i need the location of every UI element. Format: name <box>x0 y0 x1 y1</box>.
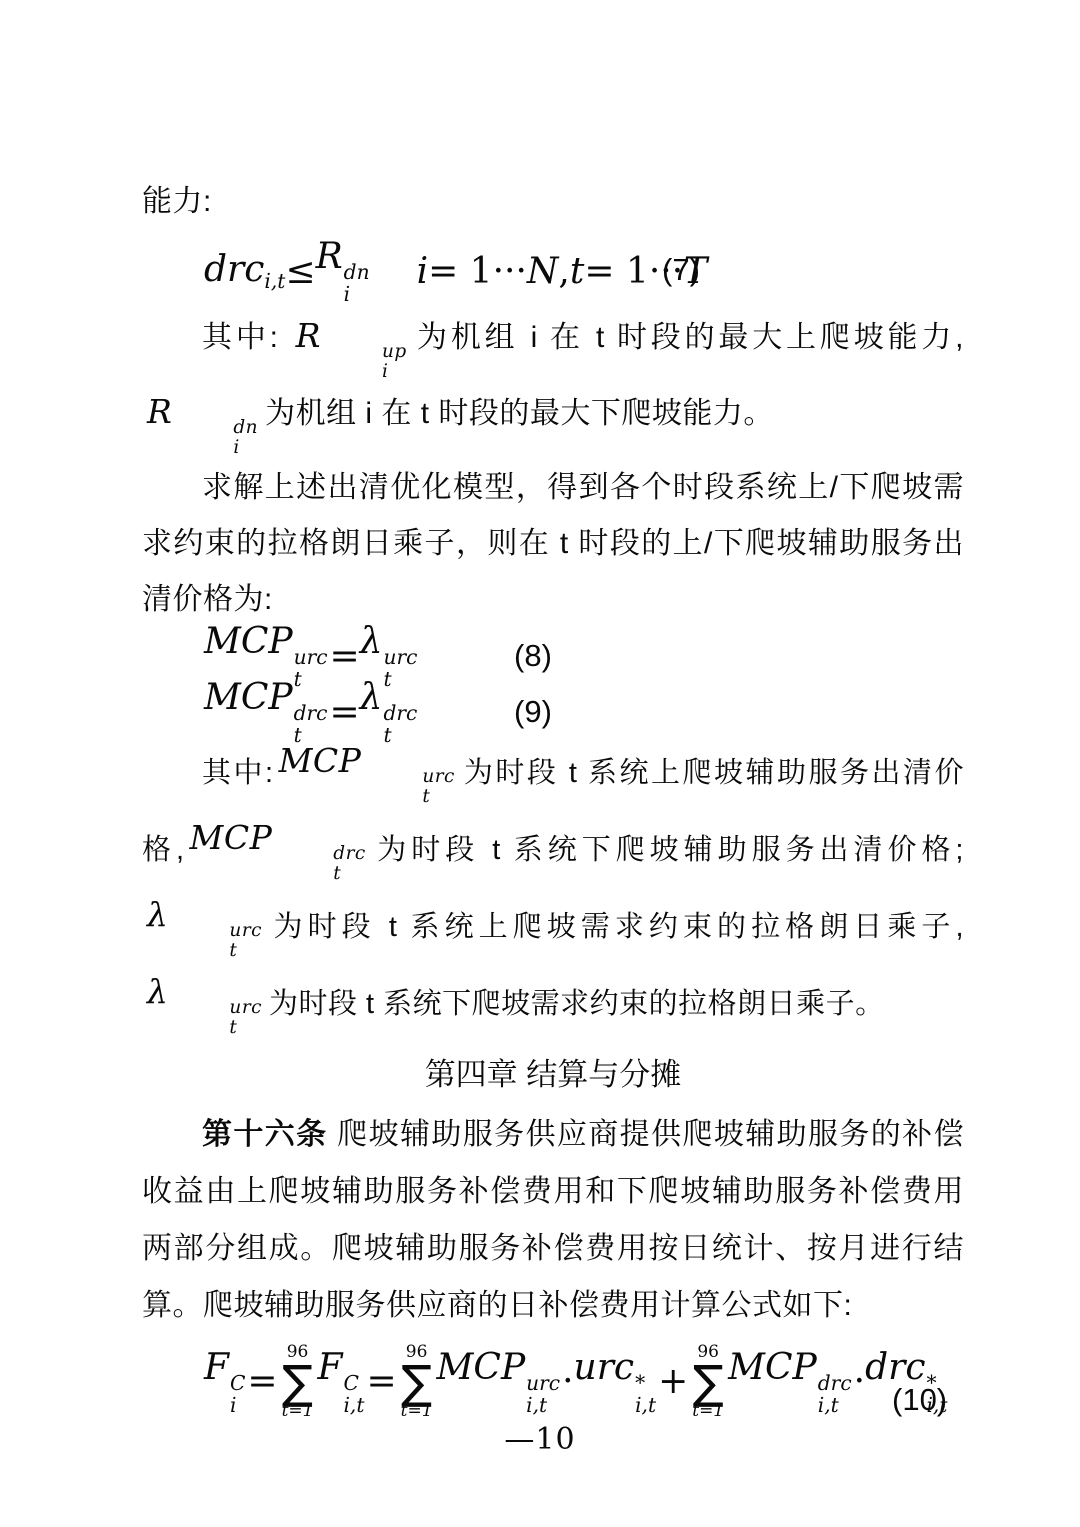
page-number: —10 <box>0 1422 1080 1457</box>
equation-10: FCi = 96∑t=1FCi,t = 96∑t=1MCPurci,t · ur… <box>142 1334 964 1429</box>
equation-8-number: (8) <box>514 638 552 674</box>
equation-10-expression: FCi = 96∑t=1FCi,t = 96∑t=1MCPurci,t · ur… <box>204 1344 949 1420</box>
equation-9-expression: MCPdrct = λdrct <box>204 677 419 747</box>
equation-8: MCPurct = λurct (8) <box>142 628 964 684</box>
document-page: 能力: drci,t ≤ Rdni i = 1···N, t = 1···T (… <box>0 0 1080 1527</box>
equation-9: MCPdrct = λdrct (9) <box>142 684 964 740</box>
equation-7-number: (7) <box>662 252 700 288</box>
equation-9-number: (9) <box>514 694 552 730</box>
paragraph-article-16: 第十六条 爬坡辅助服务供应商提供爬坡辅助服务的补偿收益由上爬坡辅助服务补偿费用和… <box>142 1106 964 1334</box>
paragraph-clearing-price-definitions: 其中:MCPurct为时段 t 系统上爬坡辅助服务出清价格,MCPdrct为时段… <box>142 740 964 1048</box>
equation-7: drci,t ≤ Rdni i = 1···N, t = 1···T (7) <box>142 242 964 300</box>
paragraph-ramp-limit-definitions: 其中: Rupi为机组 i 在 t 时段的最大上爬坡能力, Rdni为机组 i … <box>142 306 964 458</box>
paragraph-solve-clearing-model: 求解上述出清优化模型，得到各个时段系统上/下爬坡需求约束的拉格朗日乘子，则在 t… <box>142 460 964 628</box>
equation-7-expression: drci,t ≤ Rdni <box>204 236 372 306</box>
document-content: 能力: drci,t ≤ Rdni i = 1···N, t = 1···T (… <box>142 180 964 1429</box>
chapter-heading: 第四章 结算与分摊 <box>142 1052 964 1098</box>
paragraph-capability: 能力: <box>142 180 964 224</box>
equation-10-number: (10) <box>892 1382 947 1418</box>
